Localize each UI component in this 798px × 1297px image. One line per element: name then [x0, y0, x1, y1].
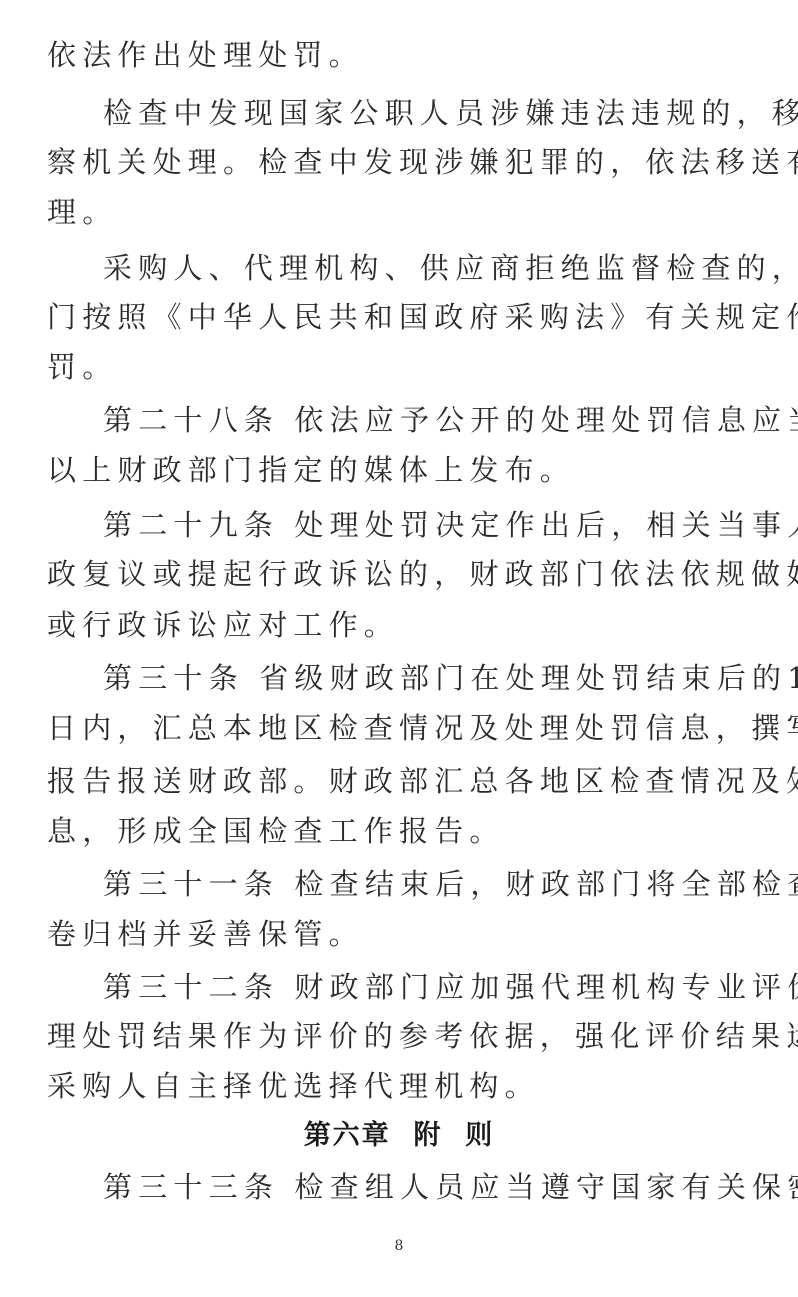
text-line: 日内，汇总本地区检查情况及处理处罚信息，撰写检查工作 [47, 708, 759, 748]
text-line: 采购人自主择优选择代理机构。 [47, 1066, 759, 1106]
article-28-line: 第二十八条 依法应予公开的处理处罚信息应当在省级 [103, 400, 759, 440]
text-line: 采购人、代理机构、供应商拒绝监督检查的，由财政部 [103, 248, 759, 288]
text-line: 理处罚结果作为评价的参考依据，强化评价结果运用，引导 [47, 1016, 759, 1056]
article-29-line: 第二十九条 处理处罚决定作出后，相关当事人申请行 [103, 505, 759, 545]
text-line: 依法作出处理处罚。 [47, 35, 759, 75]
text-line: 卷归档并妥善保管。 [47, 914, 759, 954]
text-line: 政复议或提起行政诉讼的，财政部门依法依规做好行政复议 [47, 554, 759, 594]
text-line: 检查中发现国家公职人员涉嫌违法违规的，移送纪检监 [103, 93, 759, 133]
text-line: 或行政诉讼应对工作。 [47, 605, 759, 645]
page-number: 8 [0, 1238, 798, 1254]
text-line: 以上财政部门指定的媒体上发布。 [47, 450, 759, 490]
text-line: 报告报送财政部。财政部汇总各地区检查情况及处理处罚信 [47, 761, 759, 801]
text-line: 门按照《中华人民共和国政府采购法》有关规定作出处理处 [47, 297, 759, 337]
text-line: 理。 [47, 192, 759, 232]
article-30-line: 第三十条 省级财政部门在处理处罚结束后的15个工作 [103, 658, 759, 698]
article-33-line: 第三十三条 检查组人员应当遵守国家有关保密规定， [103, 1167, 759, 1207]
article-32-line: 第三十二条 财政部门应加强代理机构专业评价，将处 [103, 967, 759, 1007]
article-31-line: 第三十一条 检查结束后，财政部门将全部检查资料立 [103, 864, 759, 904]
chapter-heading: 第六章 附 则 [0, 1116, 798, 1156]
text-line: 息，形成全国检查工作报告。 [47, 811, 759, 851]
text-line: 察机关处理。检查中发现涉嫌犯罪的，依法移送有关机关处 [47, 142, 759, 182]
text-line: 罚。 [47, 347, 759, 387]
